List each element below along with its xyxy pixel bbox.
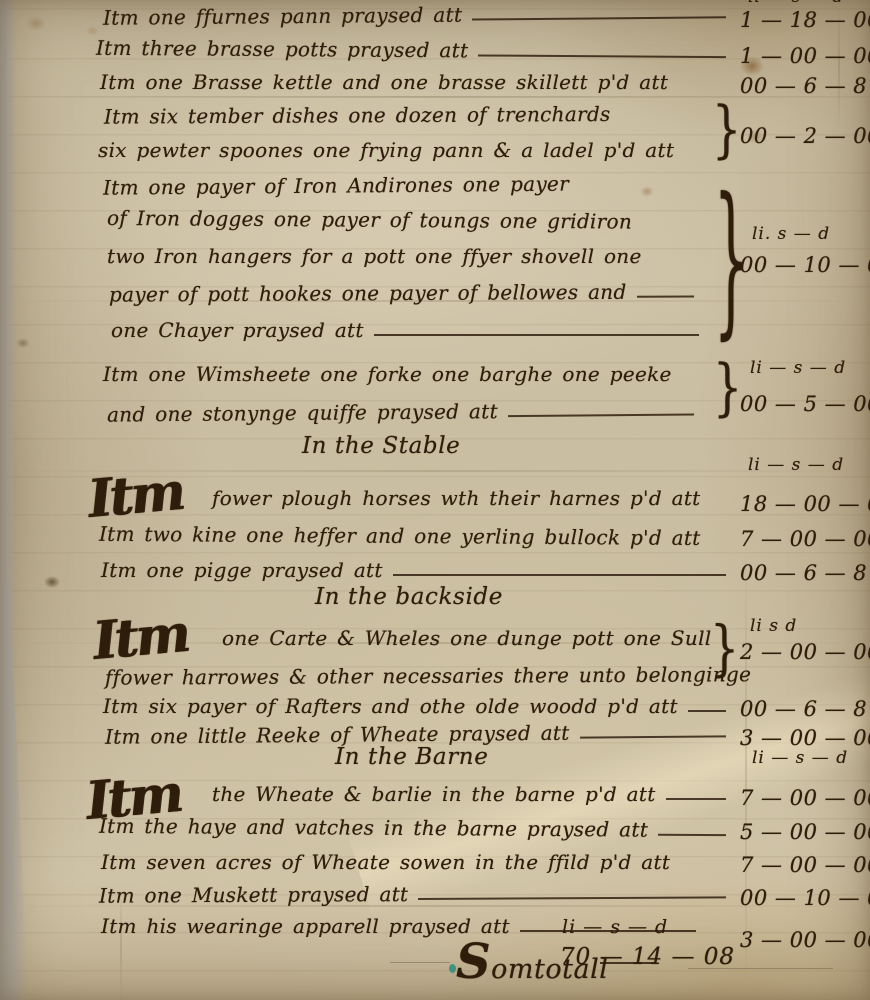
ink-rule [666,798,726,800]
grouping-brace: } [713,356,742,418]
inventory-line: ffower harrowes & other necessaries ther… [105,662,717,689]
line-amount: 3 — 00 — 00 [740,726,870,750]
line-amount: 7 — 00 — 00 [740,853,870,877]
line-text: and one stonynge quiffe praysed att [107,399,498,426]
big-item-initial: Itm [91,608,190,668]
line-text: two Iron hangers for a pott one ffyer sh… [107,244,642,268]
line-amount: 18 — 00 — 00 [740,492,870,516]
line-amount: 00 — 6 — 8 [740,561,867,585]
inventory-line: Itm one Brasse kettle and one brasse ski… [100,70,732,94]
inventory-line: the Wheate & barlie in the barne p'd att [212,782,732,806]
currency-header: li. s — d [752,224,830,244]
line-amount: 5 — 00 — 00 [740,820,870,844]
line-text: one Carte & Wheles one dunge pott one Su… [222,626,711,650]
line-amount: 00 — 2 — 00 [740,124,870,148]
currency-header: li s d [750,616,797,636]
sum-total-amount: 70 — 14 — 08 [560,944,735,970]
ink-rule [393,574,726,576]
big-item-initial: Itm [86,466,185,526]
line-amount: 7 — 00 — 00 [740,786,870,810]
inventory-line: payer of pott hookes one payer of bellow… [109,279,700,306]
currency-header: li — s — d [748,0,844,7]
line-amount: 00 — 10 — 00 [740,253,870,277]
inventory-line: Itm two kine one heffer and one yerling … [99,522,732,550]
grouping-brace: } [710,618,739,678]
line-text: Itm seven acres of Wheate sowen in the f… [101,850,670,874]
inventory-line: of Iron dogges one payer of toungs one g… [107,206,707,234]
line-text: Itm one Muskett praysed att [99,882,408,908]
ink-rule [472,16,726,20]
line-amount: 3 — 00 — 00 [740,928,870,952]
line-amount: 00 — 6 — 8 [740,697,867,721]
inventory-line: Itm three brasse potts praysed att [96,36,732,64]
section-heading-stable: In the Stable [302,433,460,459]
line-text: Itm one payer of Iron Andirones one paye… [103,172,569,200]
ink-rule [658,834,726,836]
line-text: Itm two kine one heffer and one yerling … [99,522,701,550]
ink-rule [688,710,726,712]
line-text: the Wheate & barlie in the barne p'd att [212,782,656,806]
currency-header: li — s — d [748,455,844,475]
inventory-line: Itm one ffurnes pann praysed att [103,0,732,29]
line-amount: 00 — 6 — 8 [740,74,867,98]
inventory-line: Itm the haye and vatches in the barne pr… [99,814,732,842]
line-text: Itm one Wimsheete one forke one barghe o… [103,362,672,386]
line-text: one Chayer praysed att [111,318,364,342]
inventory-line: Itm one Wimsheete one forke one barghe o… [103,362,713,386]
line-text: of Iron dogges one payer of toungs one g… [107,206,632,234]
ink-rule [508,413,694,417]
ink-stain [16,338,30,348]
line-amount: 00 — 10 — 00 [740,886,870,910]
inventory-line: fower plough horses wth their harnes p'd… [212,486,732,510]
inventory-line: Itm one Muskett praysed att [99,880,732,907]
currency-header: li — s — d [750,358,846,378]
line-text: Itm his wearinge apparell praysed att [101,914,510,938]
line-text: Itm one Brasse kettle and one brasse ski… [100,70,668,94]
teal-mark [449,964,456,973]
ink-stain [86,26,99,36]
line-amount: 1 — 00 — 00 [740,44,870,68]
pencil-line [390,962,450,963]
inventory-line: two Iron hangers for a pott one ffyer sh… [107,244,707,268]
ink-rule [374,334,699,336]
inventory-line: Itm one payer of Iron Andirones one paye… [103,170,703,199]
manuscript-page: li — s — d Itm one ffurnes pann praysed … [0,0,870,1000]
ink-rule [580,735,726,738]
inventory-line: one Chayer praysed att [111,318,705,342]
inventory-line: Itm six payer of Rafters and othe olde w… [103,694,732,718]
currency-header: li — s — d [752,748,848,768]
inventory-line: Itm seven acres of Wheate sowen in the f… [101,850,732,874]
ink-rule [418,896,726,900]
inventory-line: and one stonynge quiffe praysed att [107,397,700,426]
inventory-line: one Carte & Wheles one dunge pott one Su… [222,626,717,650]
line-text: fower plough horses wth their harnes p'd… [212,486,701,510]
inventory-line: Itm six tember dishes one dozen of trenc… [104,101,714,128]
section-heading-backside: In the backside [315,584,503,610]
section-heading-barne: In the Barne [335,744,488,770]
line-amount: 1 — 18 — 00 [740,8,870,32]
line-text: Itm six tember dishes one dozen of trenc… [104,102,611,129]
inventory-line: Itm one pigge praysed att [101,558,732,582]
currency-header: li — s — d [562,916,668,938]
ink-rule [478,54,726,58]
ink-stain [26,16,46,31]
spacer [579,188,697,189]
line-amount: 2 — 00 — 00 [740,640,870,664]
grouping-brace: } [712,98,741,160]
ink-rule [637,295,694,297]
line-text: Itm one ffurnes pann praysed att [103,3,462,30]
line-amount: 00 — 5 — 00 [740,392,870,416]
ink-stain [44,576,60,588]
line-text: Itm three brasse potts praysed att [96,36,469,63]
line-text: Itm one pigge praysed att [101,558,383,582]
line-text: six pewter spoones one frying pann & a l… [98,138,674,162]
line-text: ffower harrowes & other necessaries ther… [105,662,751,689]
line-text: payer of pott hookes one payer of bellow… [109,280,627,307]
line-text: Itm six payer of Rafters and othe olde w… [103,694,678,718]
inventory-line: six pewter spoones one frying pann & a l… [98,138,714,162]
line-amount: 7 — 00 — 00 [740,527,870,551]
line-text: Itm the haye and vatches in the barne pr… [99,814,648,842]
